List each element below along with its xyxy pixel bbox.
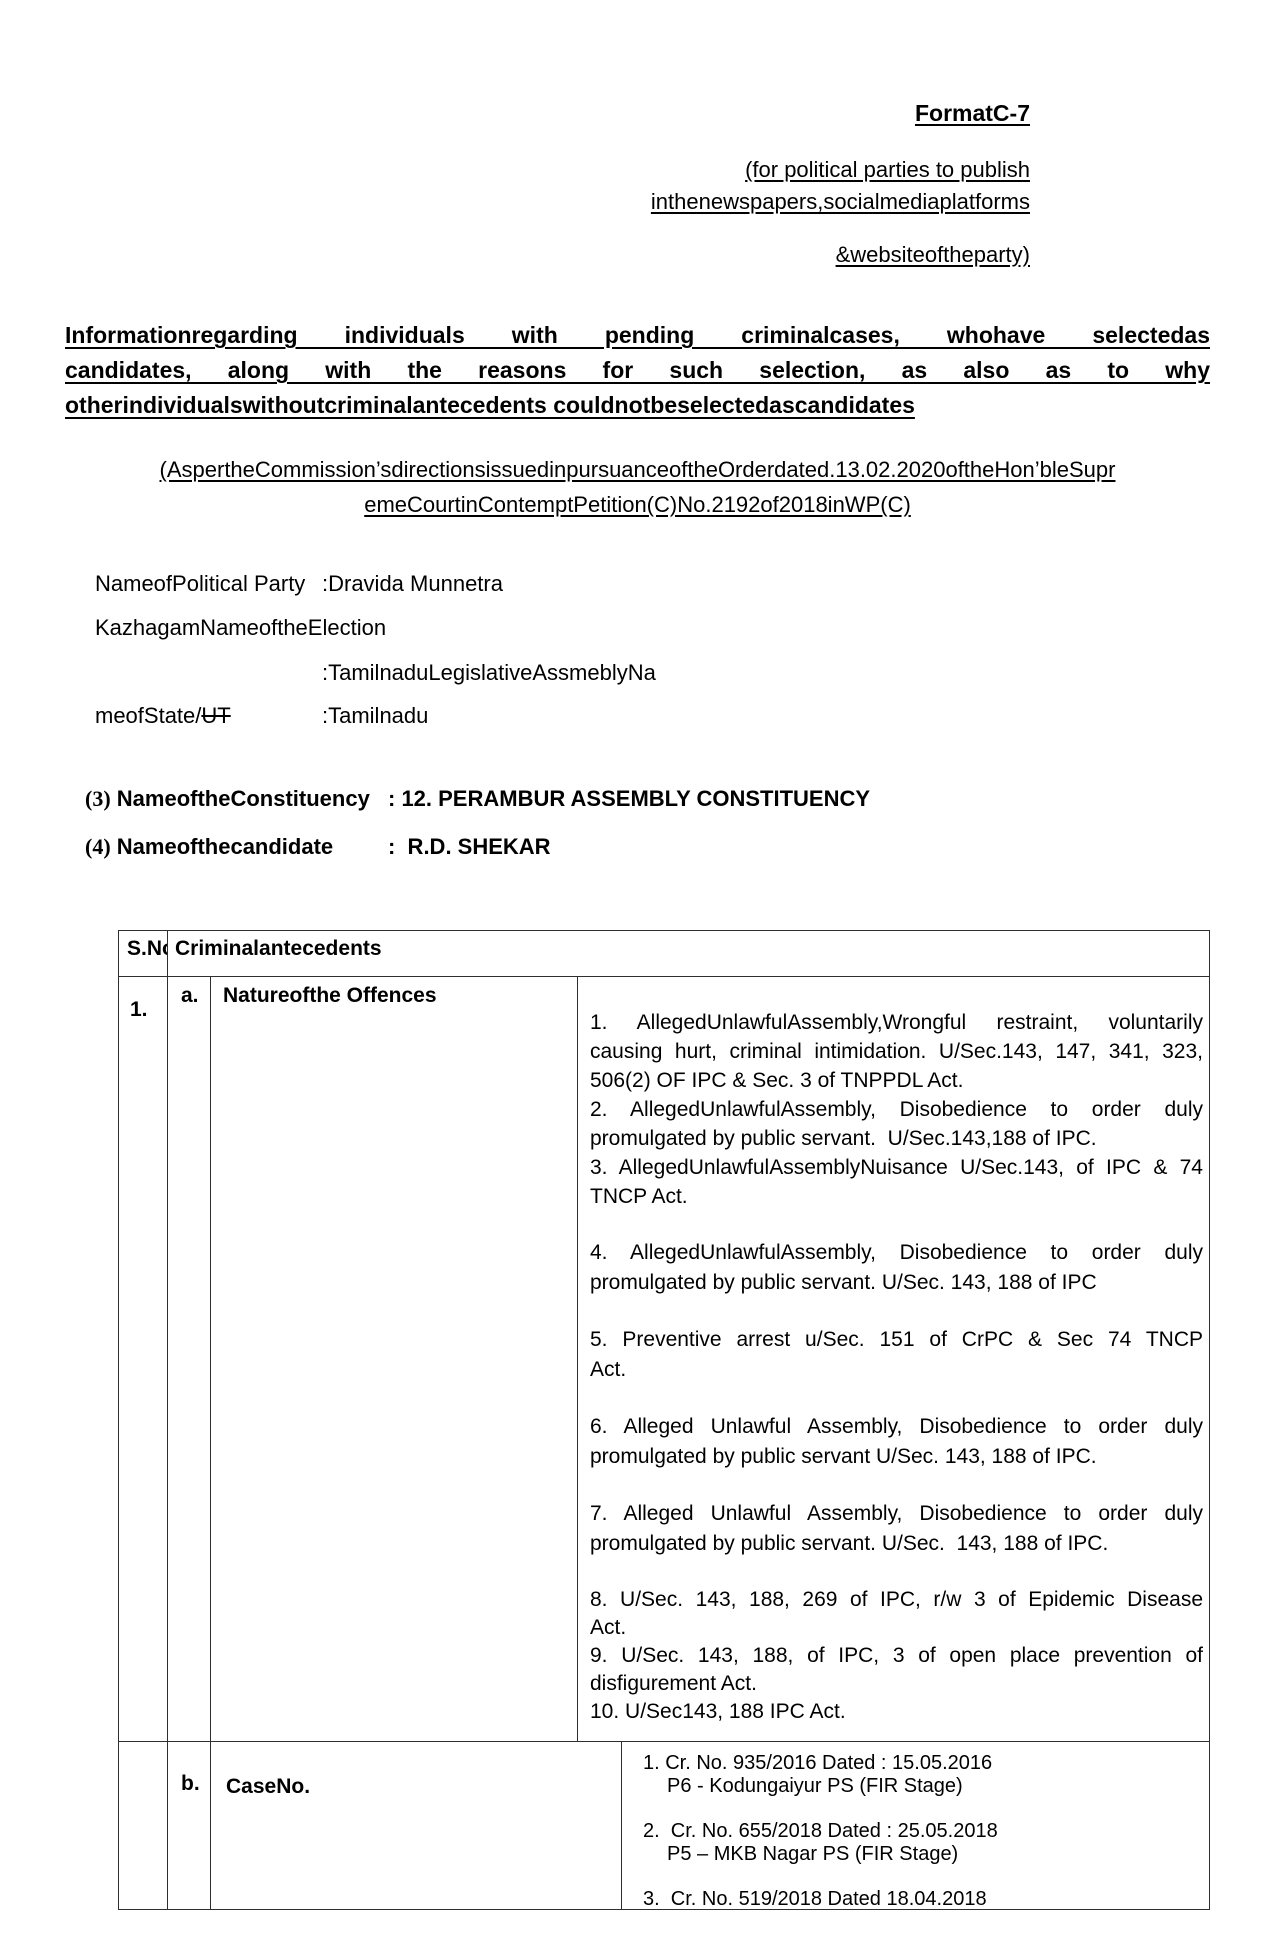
state-name-value: :Tamilnadu (322, 703, 428, 729)
candidate-number: (4) (85, 834, 111, 859)
election-name-value: :TamilnaduLegislativeAssmeblyNa (322, 660, 656, 686)
offence-line: Act. (590, 1614, 1203, 1642)
offence-line: TNCP Act. (590, 1182, 1203, 1211)
title-line: candidates, along with the reasons for s… (65, 353, 1210, 388)
table-header-sno: S.No. (119, 931, 168, 977)
row-a-serial-number: 1. (119, 977, 168, 1742)
offence-line: disfigurement Act. (590, 1670, 1203, 1698)
offence-line: 2. AllegedUnlawfulAssembly, Disobedience… (590, 1095, 1203, 1124)
row-a-offences-list: 1. AllegedUnlawfulAssembly,Wrongful rest… (578, 977, 1209, 1742)
case-entry: 2. Cr. No. 655/2018 Dated : 25.05.2018P5… (643, 1820, 1205, 1866)
offence-item: 3. AllegedUnlawfulAssemblyNuisance U/Sec… (590, 1153, 1203, 1211)
offence-item: 8. U/Sec. 143, 188, 269 of IPC, r/w 3 of… (590, 1586, 1203, 1642)
candidate-value: : R.D. SHEKAR (388, 834, 551, 860)
row-b-letter: b. (168, 1742, 211, 1909)
state-label-ut-struck: UT (201, 703, 230, 728)
table-header-criminal-antecedents: Criminalantecedents (168, 931, 1209, 977)
constituency-value: : 12. PERAMBUR ASSEMBLY CONSTITUENCY (388, 786, 870, 812)
criminal-antecedents-table: S.No. Criminalantecedents 1. a. Natureof… (118, 930, 1210, 1910)
title-line: Informationregarding individuals with pe… (65, 318, 1210, 353)
offence-line: 10. U/Sec143, 188 IPC Act. (590, 1698, 1203, 1726)
offence-item: 5. Preventive arrest u/Sec. 151 of CrPC … (590, 1325, 1203, 1385)
format-label: FormatC-7 (915, 100, 1030, 127)
party-name-label: NameofPolitical Party (95, 571, 305, 597)
case-entry: 3. Cr. No. 519/2018 Dated 18.04.2018 (643, 1888, 1205, 1909)
case-line: 1. Cr. No. 935/2016 Dated : 15.05.2016 (643, 1752, 1205, 1775)
offence-line: promulgated by public servant. U/Sec. 14… (590, 1529, 1203, 1559)
offence-line: 6. Alleged Unlawful Assembly, Disobedien… (590, 1412, 1203, 1442)
offence-line: causing hurt, criminal intimidation. U/S… (590, 1037, 1203, 1066)
offence-item: 6. Alleged Unlawful Assembly, Disobedien… (590, 1412, 1203, 1472)
offence-item: 2. AllegedUnlawfulAssembly, Disobedience… (590, 1095, 1203, 1153)
offence-line: 4. AllegedUnlawfulAssembly, Disobedience… (590, 1238, 1203, 1268)
publish-note-line2: inthenewspapers,socialmediaplatforms (651, 189, 1030, 215)
offence-line: 7. Alleged Unlawful Assembly, Disobedien… (590, 1499, 1203, 1529)
offence-item: 10. U/Sec143, 188 IPC Act. (590, 1698, 1203, 1726)
state-name-label: meofState/UT (95, 703, 231, 729)
offence-line: 1. AllegedUnlawfulAssembly,Wrongful rest… (590, 1008, 1203, 1037)
offence-line: promulgated by public servant U/Sec. 143… (590, 1442, 1203, 1472)
offence-line: Act. (590, 1355, 1203, 1385)
row-b-cases-list: 1. Cr. No. 935/2016 Dated : 15.05.2016P6… (622, 1742, 1209, 1909)
constituency-number: (3) (85, 786, 111, 811)
offence-line: 3. AllegedUnlawfulAssemblyNuisance U/Sec… (590, 1153, 1203, 1182)
case-line: P6 - Kodungaiyur PS (FIR Stage) (667, 1775, 1205, 1798)
case-entry: 1. Cr. No. 935/2016 Dated : 15.05.2016P6… (643, 1752, 1205, 1798)
offence-item: 1. AllegedUnlawfulAssembly,Wrongful rest… (590, 1008, 1203, 1095)
case-line: 2. Cr. No. 655/2018 Dated : 25.05.2018 (643, 1820, 1205, 1843)
row-a-nature-of-offences-label: Natureofthe Offences (211, 977, 578, 1742)
constituency-label: (3) NameoftheConstituency (85, 786, 370, 812)
offence-line: promulgated by public servant. U/Sec.143… (590, 1124, 1203, 1153)
publish-note-line3: &websiteoftheparty) (836, 242, 1030, 268)
party-name-value: :Dravida Munnetra (322, 571, 503, 597)
order-reference-line: emeCourtinContemptPetition(C)No.2192of20… (65, 487, 1210, 522)
row-a-letter: a. (168, 977, 211, 1742)
row-b-serial-cell-empty (119, 1742, 168, 1909)
document-page: FormatC-7 (for political parties to publ… (0, 0, 1275, 1950)
candidate-label: (4) Nameofthecandidate (85, 834, 333, 860)
title-line: otherindividualswithoutcriminalanteceden… (65, 388, 1210, 423)
election-name-label: KazhagamNameoftheElection (95, 615, 386, 641)
row-b-case-no-label: CaseNo. (211, 1742, 622, 1909)
offence-item: 7. Alleged Unlawful Assembly, Disobedien… (590, 1499, 1203, 1559)
offence-line: 5. Preventive arrest u/Sec. 151 of CrPC … (590, 1325, 1203, 1355)
title-paragraph: Informationregarding individuals with pe… (65, 318, 1210, 423)
state-label-prefix: meofState/ (95, 703, 201, 728)
offence-line: 8. U/Sec. 143, 188, 269 of IPC, r/w 3 of… (590, 1586, 1203, 1614)
case-line: 3. Cr. No. 519/2018 Dated 18.04.2018 (643, 1888, 1205, 1909)
publish-note-line1: (for political parties to publish (745, 157, 1030, 183)
offence-line: 9. U/Sec. 143, 188, of IPC, 3 of open pl… (590, 1642, 1203, 1670)
offence-line: 506(2) OF IPC & Sec. 3 of TNPPDL Act. (590, 1066, 1203, 1095)
order-reference-line: (AspertheCommission’sdirectionsissuedinp… (65, 452, 1210, 487)
offence-item: 9. U/Sec. 143, 188, of IPC, 3 of open pl… (590, 1642, 1203, 1698)
order-reference: (AspertheCommission’sdirectionsissuedinp… (65, 452, 1210, 522)
offence-line: promulgated by public servant. U/Sec. 14… (590, 1268, 1203, 1298)
offence-item: 4. AllegedUnlawfulAssembly, Disobedience… (590, 1238, 1203, 1298)
case-line: P5 – MKB Nagar PS (FIR Stage) (667, 1843, 1205, 1866)
